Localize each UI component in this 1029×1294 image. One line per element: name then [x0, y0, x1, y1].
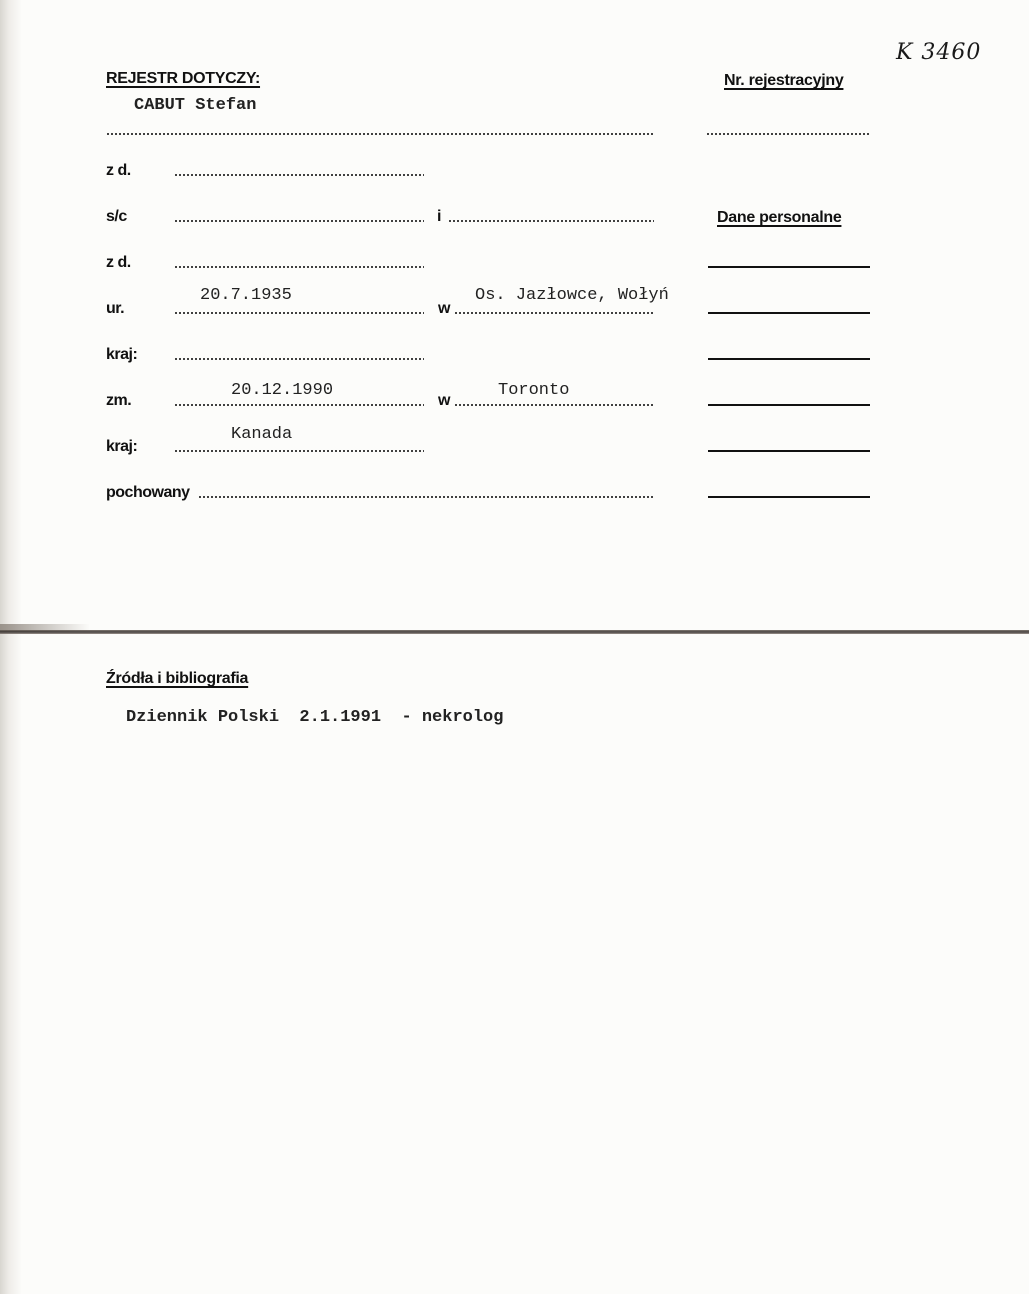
archive-number-handwritten: K 3460	[896, 40, 981, 65]
died-label: zm.	[106, 392, 131, 410]
birth-place-label: w	[438, 300, 450, 318]
buried-label: pochowany	[106, 484, 190, 502]
death-place-line	[454, 404, 654, 406]
death-country-line	[174, 450, 424, 452]
personal-data-line-3	[708, 358, 870, 360]
name-line	[106, 133, 654, 135]
birth-date: 20.7.1935	[200, 286, 292, 305]
son-of-label: s/c	[106, 208, 127, 226]
and-label: i	[437, 208, 441, 226]
registration-number-line	[706, 133, 870, 135]
birth-date-line	[174, 312, 424, 314]
register-header: REJESTR DOTYCZY:	[106, 70, 260, 88]
death-place-label: w	[438, 392, 450, 410]
personal-data-line-2	[708, 312, 870, 314]
birth-country-label: kraj:	[106, 346, 137, 364]
death-country-label: kraj:	[106, 438, 137, 456]
death-date-line	[174, 404, 424, 406]
personal-data-line-4	[708, 404, 870, 406]
born-label: ur.	[106, 300, 124, 318]
father-line	[174, 220, 424, 222]
birth-place-line	[454, 312, 654, 314]
personal-data-header: Dane personalne	[717, 209, 841, 227]
mother-maiden-name-line	[174, 266, 424, 268]
mother-maiden-name-label: z d.	[106, 254, 131, 272]
death-country: Kanada	[231, 425, 292, 444]
maiden-name-line	[174, 174, 424, 176]
birth-place: Os. Jazłowce, Wołyń	[475, 286, 669, 305]
maiden-name-label: z d.	[106, 162, 131, 180]
source-entry: Dziennik Polski 2.1.1991 - nekrolog	[126, 708, 503, 727]
personal-data-line-1	[708, 266, 870, 268]
scan-edge-shadow	[0, 0, 22, 1294]
birth-country-line	[174, 358, 424, 360]
buried-line	[198, 496, 654, 498]
death-date: 20.12.1990	[231, 381, 333, 400]
sources-header: Źródła i bibliografia	[106, 670, 248, 688]
subject-name: CABUT Stefan	[134, 96, 256, 115]
personal-data-line-6	[708, 496, 870, 498]
fold-line	[0, 630, 1029, 634]
registration-number-header: Nr. rejestracyjny	[724, 72, 843, 90]
personal-data-line-5	[708, 450, 870, 452]
mother-line	[448, 220, 654, 222]
death-place: Toronto	[498, 381, 569, 400]
